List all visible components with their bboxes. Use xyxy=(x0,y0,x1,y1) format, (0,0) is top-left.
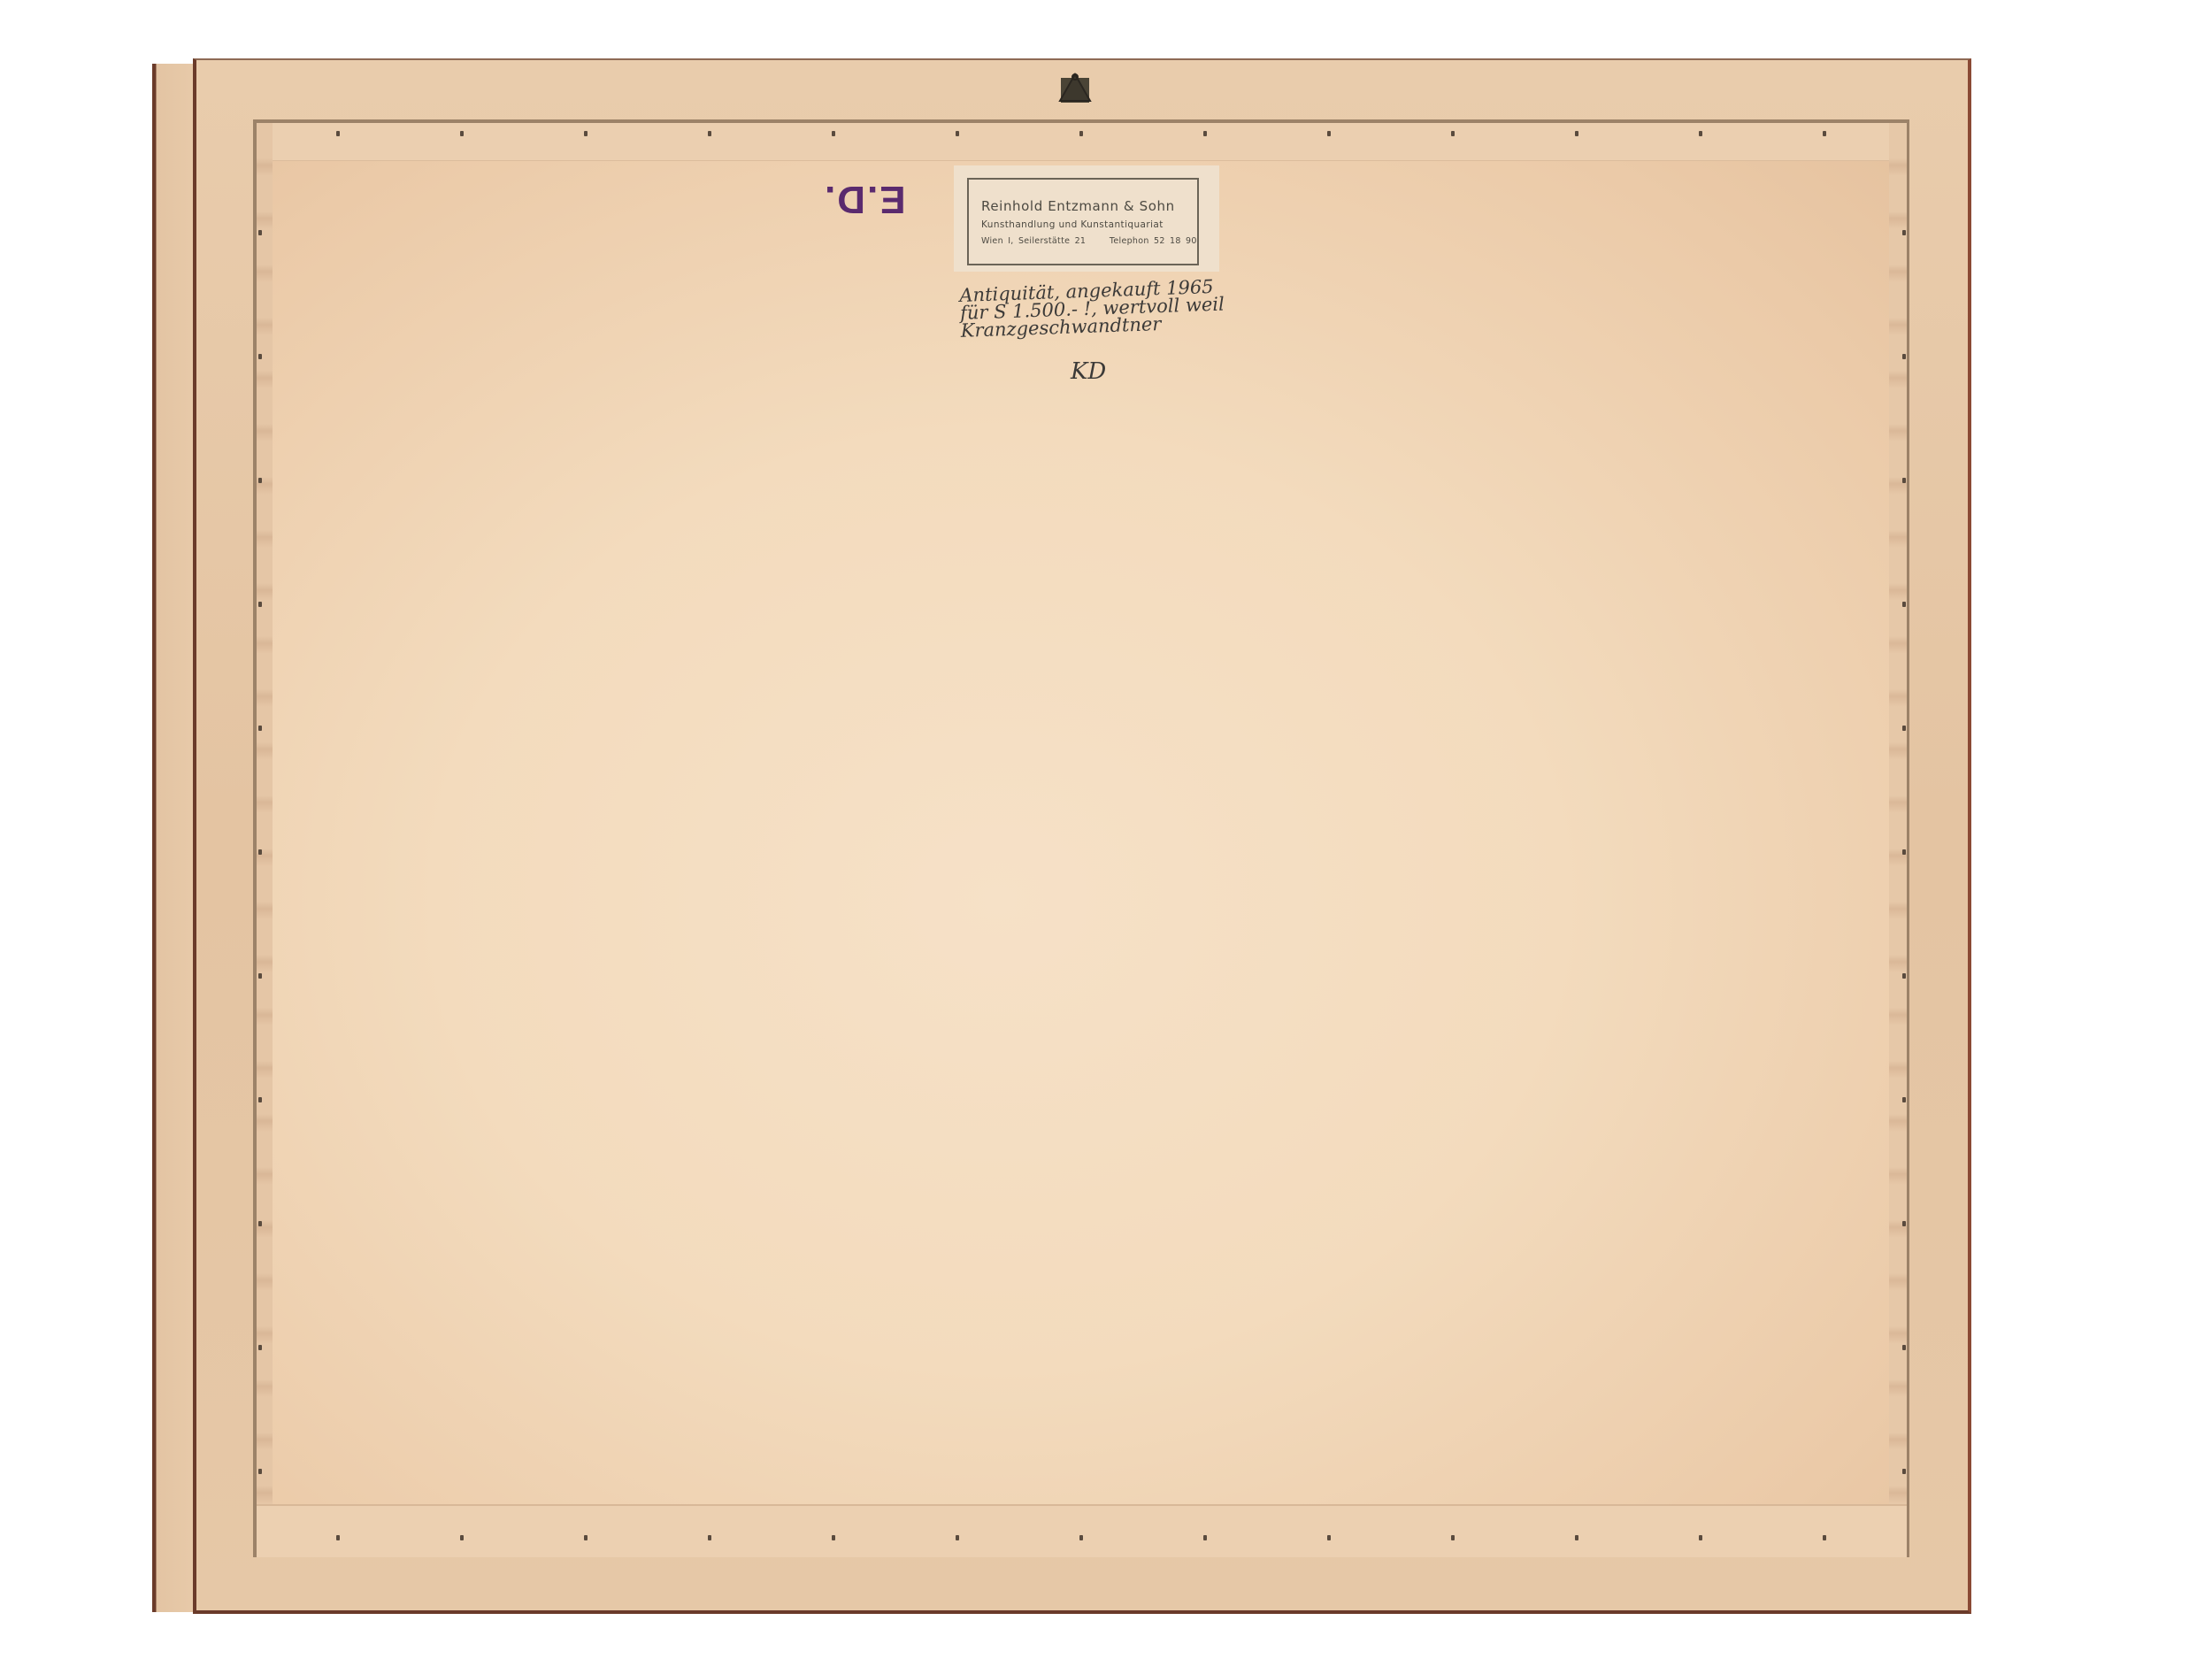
dealer-name: Reinhold Entzmann & Sohn xyxy=(981,198,1197,214)
nail xyxy=(1902,1097,1906,1102)
nail xyxy=(708,131,711,136)
nail xyxy=(1902,973,1906,979)
nail xyxy=(1203,131,1207,136)
tape-right xyxy=(1889,123,1907,1554)
nail xyxy=(1902,230,1906,235)
dealer-phone: Telephon 52 18 90 xyxy=(1110,236,1197,246)
nail xyxy=(832,131,835,136)
nail xyxy=(1327,131,1331,136)
nail xyxy=(336,131,340,136)
nail xyxy=(258,973,262,979)
nail xyxy=(584,131,588,136)
frame-left-edge xyxy=(152,64,196,1612)
dealer-address: Wien I, Seilerstätte 21 xyxy=(981,236,1086,246)
tape-top xyxy=(257,123,1907,162)
nail xyxy=(258,1097,262,1102)
nail xyxy=(832,1535,835,1540)
handwritten-note: Antiquität, angekauft 1965 für S 1.500.-… xyxy=(959,276,1262,340)
dealer-subtitle: Kunsthandlung und Kunstantiquariat xyxy=(981,219,1197,230)
dealer-label-border: Reinhold Entzmann & Sohn Kunsthandlung u… xyxy=(967,178,1199,265)
signature: KD xyxy=(1071,358,1106,385)
dealer-address-line: Wien I, Seilerstätte 21 Telephon 52 18 9… xyxy=(981,236,1197,246)
nail xyxy=(1902,726,1906,731)
nail xyxy=(584,1535,588,1540)
nail xyxy=(956,131,959,136)
nail xyxy=(1451,131,1455,136)
nail xyxy=(258,726,262,731)
triangle-hanger-icon xyxy=(1057,73,1093,106)
tape-left xyxy=(257,123,273,1554)
nail xyxy=(1079,1535,1083,1540)
nail xyxy=(1451,1535,1455,1540)
nail xyxy=(258,1221,262,1226)
nail xyxy=(1575,1535,1578,1540)
nail xyxy=(460,1535,464,1540)
nail xyxy=(1699,1535,1702,1540)
nail xyxy=(1902,849,1906,855)
nail xyxy=(1327,1535,1331,1540)
dealer-label: Reinhold Entzmann & Sohn Kunsthandlung u… xyxy=(954,165,1219,272)
nail xyxy=(258,1345,262,1350)
nail xyxy=(1575,131,1578,136)
tape-bottom xyxy=(257,1504,1907,1557)
nail xyxy=(708,1535,711,1540)
nail xyxy=(1823,1535,1826,1540)
nail xyxy=(1699,131,1702,136)
nail xyxy=(1902,1469,1906,1474)
nail xyxy=(1902,1345,1906,1350)
nail xyxy=(258,602,262,607)
nail xyxy=(336,1535,340,1540)
nail xyxy=(1079,131,1083,136)
nail xyxy=(258,230,262,235)
nail xyxy=(258,354,262,359)
nail xyxy=(258,478,262,483)
nail xyxy=(460,131,464,136)
nail xyxy=(1203,1535,1207,1540)
nail xyxy=(1902,354,1906,359)
nail xyxy=(258,849,262,855)
nail xyxy=(1902,602,1906,607)
nail xyxy=(956,1535,959,1540)
marker-inscription: E.D. xyxy=(823,177,906,221)
nail xyxy=(1902,1221,1906,1226)
nail xyxy=(1823,131,1826,136)
nail xyxy=(1902,478,1906,483)
nail xyxy=(258,1469,262,1474)
